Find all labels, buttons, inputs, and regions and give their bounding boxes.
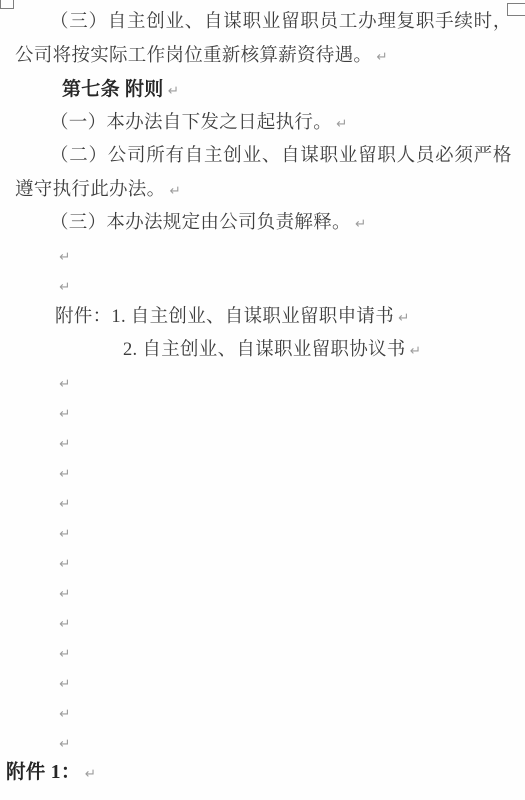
paragraph-mark-icon: ↵	[59, 436, 70, 452]
paragraph-mark-icon: ↵	[59, 586, 70, 602]
empty-paragraph: ↵	[15, 518, 512, 548]
paragraph-mark-icon: ↵	[59, 646, 70, 662]
paragraph-mark-icon: ↵	[59, 616, 70, 632]
empty-paragraph: ↵	[15, 428, 512, 458]
paragraph-line: 公司将按实际工作岗位重新核算薪资待遇。↵	[15, 40, 512, 74]
paragraph-line: （三）本办法规定由公司负责解释。↵	[15, 207, 512, 241]
paragraph-line: （二）公司所有自主创业、自谋职业留职人员必须严格	[15, 140, 512, 174]
empty-paragraph: ↵	[15, 608, 512, 638]
paragraph-mark-icon: ↵	[59, 706, 70, 722]
paragraph-mark-icon: ↵	[59, 526, 70, 542]
cropped-box-mark-top-left	[0, 0, 14, 9]
paragraph-mark-icon: ↵	[59, 376, 70, 392]
empty-paragraph: ↵	[15, 578, 512, 608]
paragraph-line: 遵守执行此办法。↵	[15, 174, 512, 208]
paragraph-mark-icon: ↵	[168, 83, 179, 99]
line-text: 2. 自主创业、自谋职业留职协议书	[123, 340, 406, 360]
paragraph-mark-icon: ↵	[59, 676, 70, 692]
paragraph-mark-icon: ↵	[355, 216, 366, 232]
paragraph-mark-icon: ↵	[85, 766, 96, 782]
paragraph-mark-icon: ↵	[59, 406, 70, 422]
paragraph-mark-icon: ↵	[169, 183, 180, 199]
paragraph-mark-icon: ↵	[59, 249, 70, 265]
empty-paragraph: ↵	[15, 698, 512, 728]
line-text: （二）公司所有自主创业、自谋职业留职人员必须严格	[50, 140, 512, 174]
empty-paragraph: ↵	[15, 398, 512, 428]
empty-paragraph: ↵	[15, 241, 512, 271]
empty-paragraph: ↵	[15, 728, 512, 758]
paragraph-mark-icon: ↵	[59, 736, 70, 752]
line-text: （一）本办法自下发之日起执行。	[50, 113, 332, 133]
empty-paragraph: ↵	[15, 668, 512, 698]
line-text: （三）本办法规定由公司负责解释。	[50, 213, 351, 233]
paragraph-mark-icon: ↵	[59, 556, 70, 572]
paragraph-mark-icon: ↵	[59, 279, 70, 295]
empty-paragraph: ↵	[15, 271, 512, 301]
empty-paragraph: ↵	[15, 488, 512, 518]
paragraph-line: （三）自主创业、自谋职业留职员工办理复职手续时，	[15, 6, 512, 40]
empty-paragraph: ↵	[15, 638, 512, 668]
paragraph-mark-icon: ↵	[59, 466, 70, 482]
paragraph-mark-icon: ↵	[398, 310, 409, 326]
empty-paragraph: ↵	[15, 548, 512, 578]
attachment-list-line-1: 附件：1. 自主创业、自谋职业留职申请书↵	[15, 301, 512, 335]
document-body: （三）自主创业、自谋职业留职员工办理复职手续时，公司将按实际工作岗位重新核算薪资…	[0, 0, 525, 788]
line-text: 第七条 附则	[62, 79, 164, 100]
line-text: （三）自主创业、自谋职业留职员工办理复职手续时，	[50, 6, 512, 40]
line-text: 公司将按实际工作岗位重新核算薪资待遇。	[15, 46, 372, 66]
paragraph-line: （一）本办法自下发之日起执行。↵	[15, 107, 512, 141]
line-text: 附件：1. 自主创业、自谋职业留职申请书	[55, 307, 394, 327]
empty-paragraph: ↵	[15, 458, 512, 488]
empty-paragraph: ↵	[15, 368, 512, 398]
attachment-list-line-2: 2. 自主创业、自谋职业留职协议书↵	[15, 334, 512, 368]
section-heading: 第七条 附则↵	[15, 73, 512, 107]
appendix-1-label: 附件 1：↵	[6, 758, 512, 788]
line-text: 附件 1：	[6, 762, 81, 783]
paragraph-mark-icon: ↵	[376, 49, 387, 65]
line-text: 遵守执行此办法。	[15, 180, 165, 200]
paragraph-mark-icon: ↵	[59, 496, 70, 512]
paragraph-mark-icon: ↵	[336, 116, 347, 132]
paragraph-mark-icon: ↵	[410, 343, 421, 359]
document-page: （三）自主创业、自谋职业留职员工办理复职手续时，公司将按实际工作岗位重新核算薪资…	[0, 0, 525, 800]
